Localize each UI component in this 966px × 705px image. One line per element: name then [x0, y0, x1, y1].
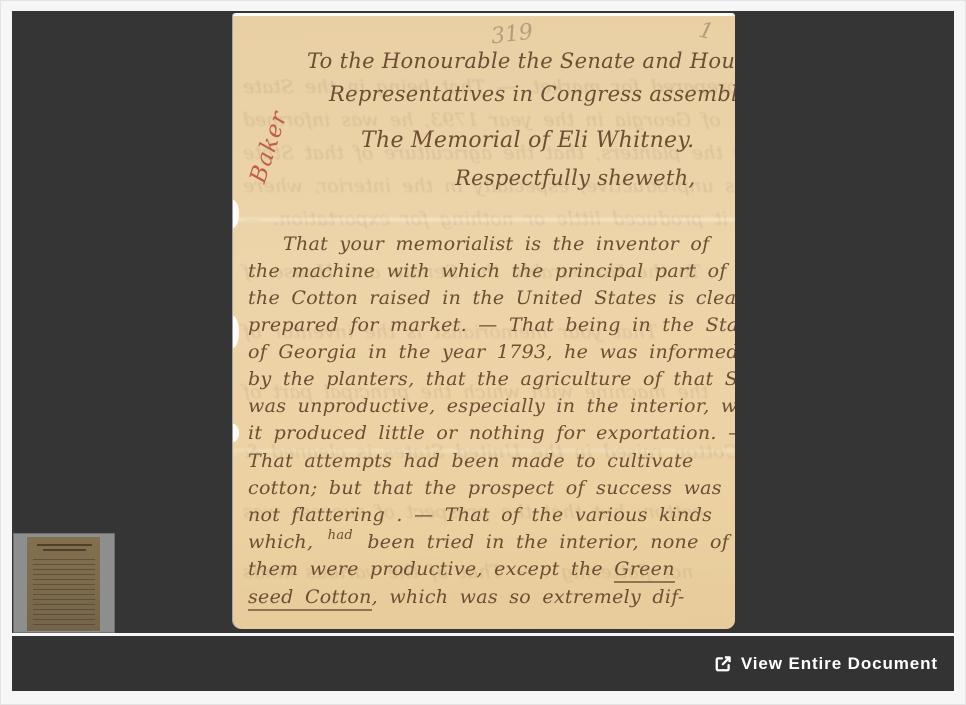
view-entire-document-link[interactable]: View Entire Document: [714, 654, 938, 674]
manuscript-line: seed Cotton, which was so extremely dif-: [248, 586, 685, 608]
manuscript-line: was unproductive, especially in the inte…: [248, 395, 735, 417]
inserted-word: had: [328, 528, 353, 543]
page-crease: [233, 218, 735, 221]
pencil-page-number: 319: [490, 20, 535, 50]
viewer-stage[interactable]: prepared for market. — That being in the…: [12, 11, 954, 633]
manuscript-title-line: The Memorial of Eli Whitney.: [361, 128, 694, 153]
thumbnail-heading-lines: [43, 549, 86, 551]
manuscript-line: prepared for market. — That being in the…: [248, 314, 735, 336]
manuscript-line: it produced little or nothing for export…: [248, 422, 735, 444]
page-thumbnail[interactable]: [13, 533, 115, 633]
document-page-image[interactable]: prepared for market. — That being in the…: [233, 13, 735, 629]
thumbnail-text-lines: [33, 559, 95, 627]
manuscript-line: which, had been tried in the interior, n…: [248, 531, 729, 553]
manuscript-heading-line: Representatives in Congress assembled,: [329, 82, 735, 106]
manuscript-line: not flattering . — That of the various k…: [248, 504, 712, 526]
manuscript-line: cotton; but that the prospect of success…: [248, 477, 722, 499]
thumbnail-page-image: [27, 537, 100, 631]
manuscript-line: of Georgia in the year 1793, he was info…: [248, 341, 735, 363]
view-entire-document-label: View Entire Document: [741, 654, 938, 674]
manuscript-line: them were productive, except the Green: [248, 558, 675, 580]
manuscript-line: by the planters, that the agriculture of…: [248, 368, 735, 390]
external-link-icon[interactable]: [714, 655, 732, 673]
footer-bar: View Entire Document: [12, 636, 954, 691]
manuscript-salutation: Respectfully sheweth,: [455, 166, 695, 190]
manuscript-heading-line: To the Honourable the Senate and House o…: [307, 49, 735, 73]
manuscript-line: the machine with which the principal par…: [248, 260, 727, 282]
manuscript-line: That your memorialist is the inventor of: [283, 233, 709, 255]
manuscript-line: the Cotton raised in the United States i…: [248, 287, 735, 309]
thumbnail-heading-lines: [37, 544, 92, 546]
manuscript-line: That attempts had been made to cultivate: [248, 450, 694, 472]
